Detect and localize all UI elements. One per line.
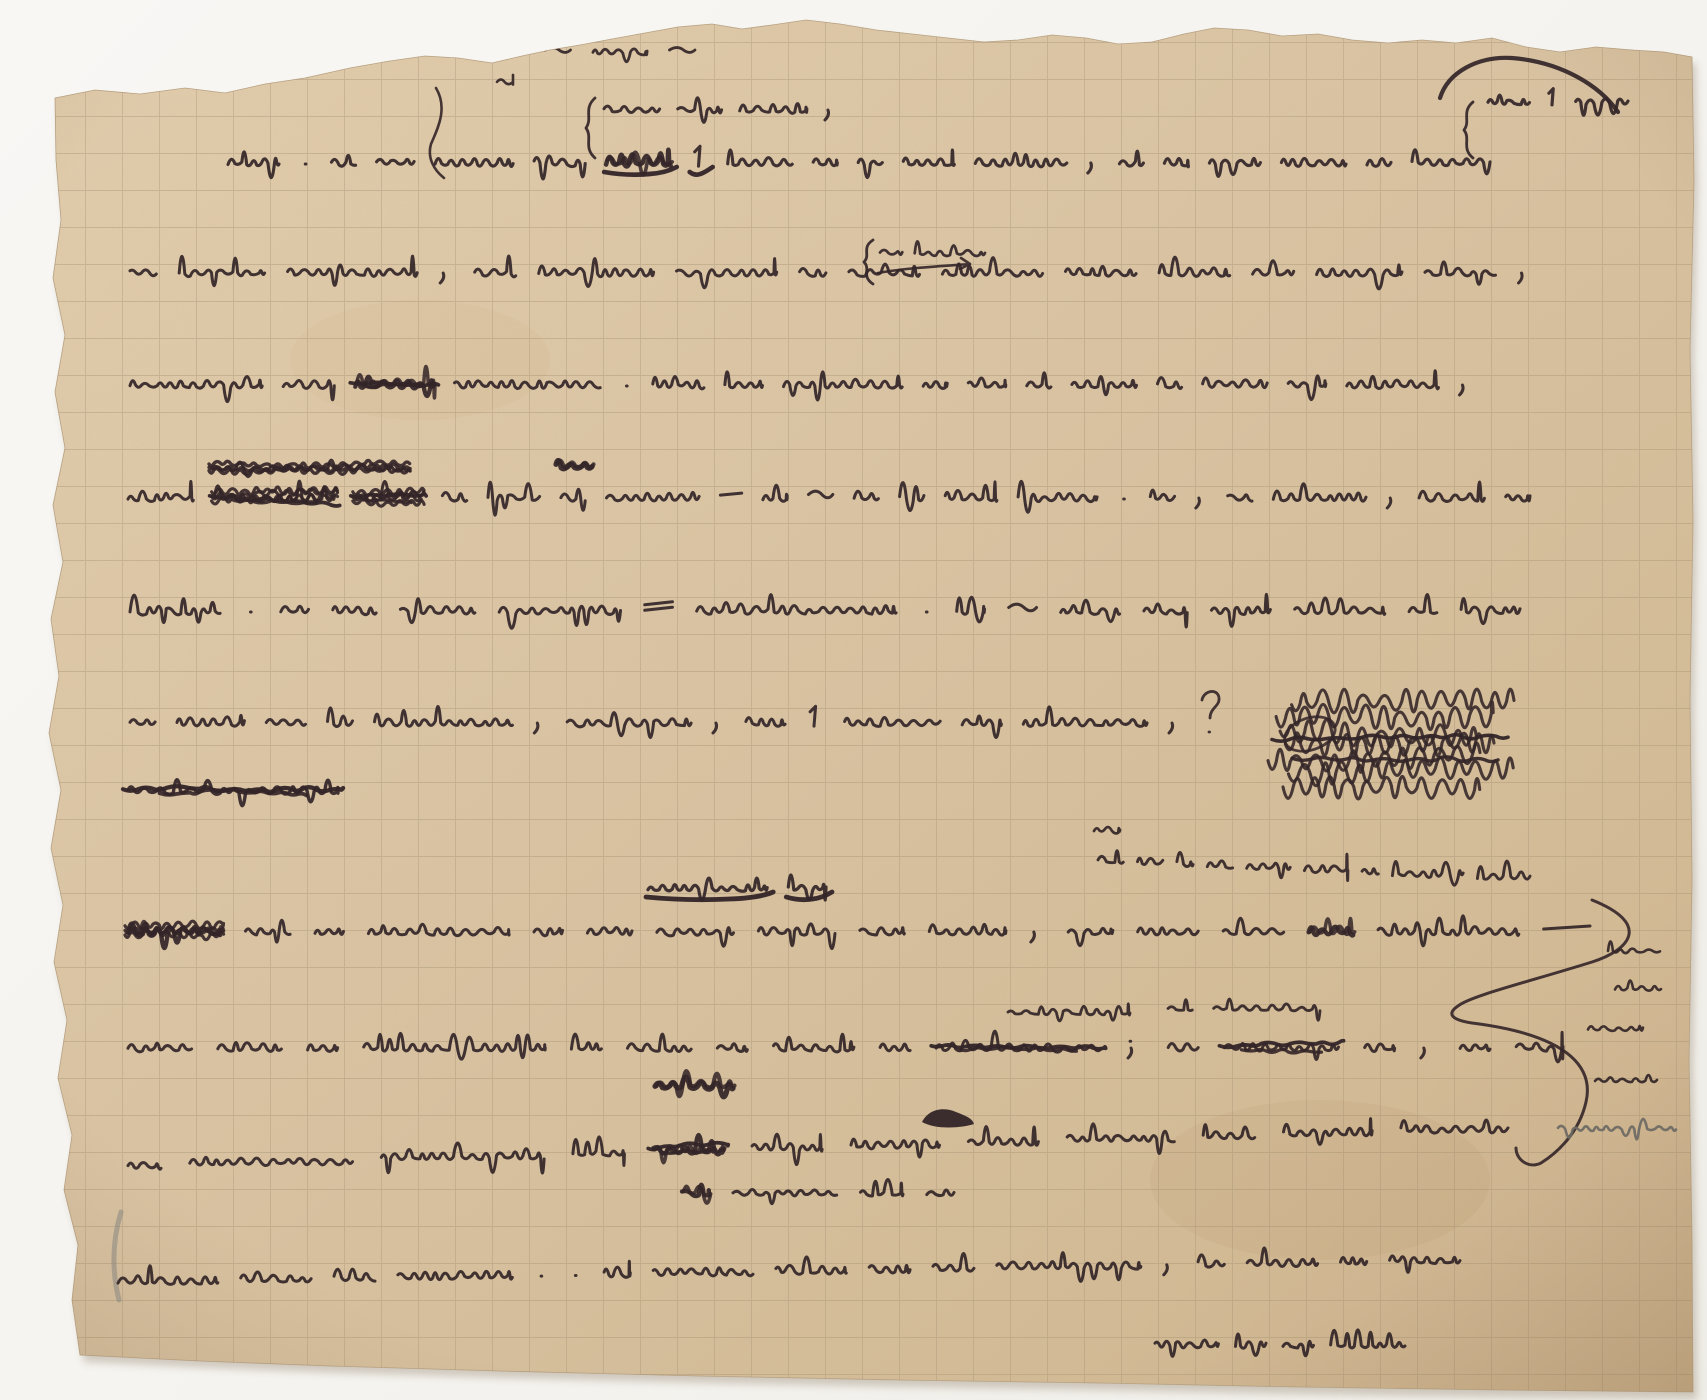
manuscript-svg (0, 0, 1707, 1400)
edge-vignette (0, 0, 1707, 1400)
word-stroke (720, 493, 741, 495)
scanned-manuscript-page: Rapid cursive draft on torn squared pape… (0, 0, 1707, 1400)
